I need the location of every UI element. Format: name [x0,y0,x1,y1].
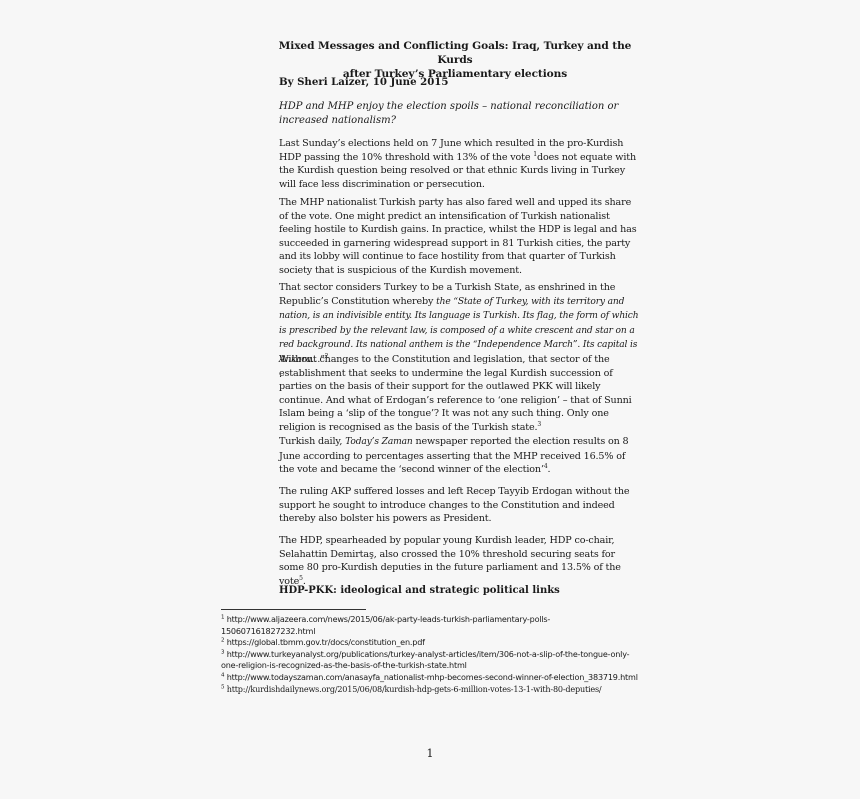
newspaper-name: Today’s Zaman [345,437,412,447]
paragraph-5: Turkish daily, Today’s Zaman newspaper r… [279,435,641,477]
footnote-link[interactable]: http://www.todayszaman.com/anasayfa_nati… [227,672,638,682]
title-line-1: Mixed Messages and Conflicting Goals: Ir… [270,39,640,67]
paragraph-2: The MHP nationalist Turkish party has al… [279,196,641,278]
footnote-ref-3[interactable]: 3 [537,421,541,428]
footnote-3: 3 http://www.turkeyanalyst.org/publicati… [221,649,641,672]
document-page: Mixed Messages and Conflicting Goals: Ir… [0,0,860,799]
paragraph-1: Last Sunday’s elections held on 7 June w… [279,137,641,191]
byline: By Sheri Laizer, 10 June 2015 [279,75,448,89]
footnote-link[interactable]: http://www.turkeyanalyst.org/publication… [221,649,629,671]
page-number: 1 [0,747,860,760]
footnote-link[interactable]: http://www.aljazeera.com/news/2015/06/ak… [221,614,550,636]
subheading: HDP and MHP enjoy the election spoils – … [279,100,639,128]
section-heading: HDP-PKK: ideological and strategic polit… [279,584,560,598]
footnote-separator [221,609,366,610]
paragraph-4: Without changes to the Constitution and … [279,353,641,435]
footnote-link[interactable]: https://global.tbmm.gov.tr/docs/constitu… [227,637,425,647]
footnote-link[interactable]: http://kurdishdailynews.org/2015/06/08/k… [227,684,602,694]
paragraph-6: The ruling AKP suffered losses and left … [279,485,641,526]
footnote-2: 2 https://global.tbmm.gov.tr/docs/consti… [221,637,641,649]
paragraph-7: The HDP, spearheaded by popular young Ku… [279,534,641,588]
footnote-1: 1 http://www.aljazeera.com/news/2015/06/… [221,614,641,637]
footnotes: 1 http://www.aljazeera.com/news/2015/06/… [221,614,641,695]
footnote-5: 5 http://kurdishdailynews.org/2015/06/08… [221,684,641,696]
footnote-4: 4 http://www.todayszaman.com/anasayfa_na… [221,672,641,684]
